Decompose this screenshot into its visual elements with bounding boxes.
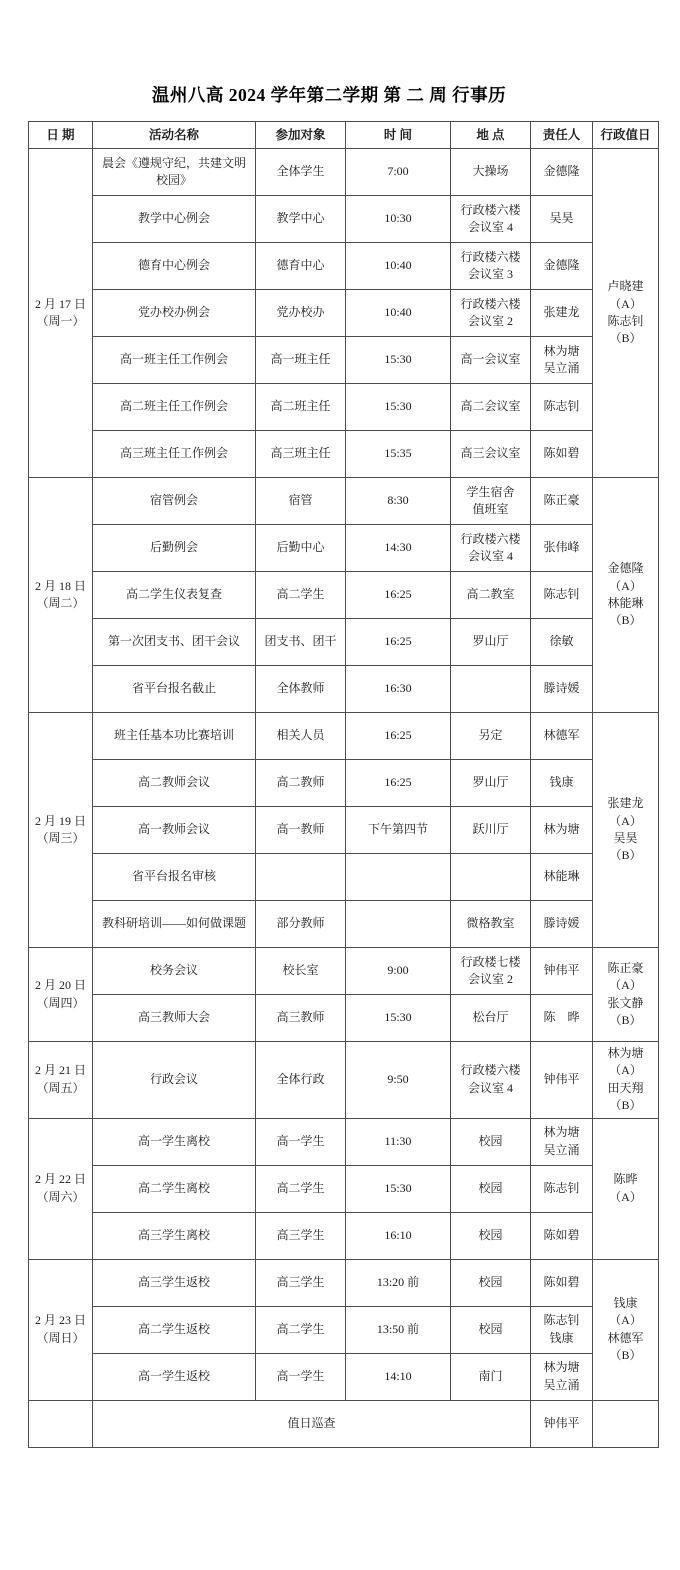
cell-time: 9:00 bbox=[346, 948, 451, 995]
cell-responsible: 陈志钊 bbox=[531, 384, 593, 431]
cell-time: 13:20 前 bbox=[346, 1259, 451, 1306]
header-activity: 活动名称 bbox=[93, 122, 256, 149]
cell-responsible: 张建龙 bbox=[531, 290, 593, 337]
header-row: 日 期 活动名称 参加对象 时 间 地 点 责任人 行政值日 bbox=[29, 122, 659, 149]
cell-participants: 校长室 bbox=[256, 948, 346, 995]
cell-location: 行政楼六楼 会议室 3 bbox=[451, 243, 531, 290]
cell-time: 16:10 bbox=[346, 1212, 451, 1259]
cell-participants bbox=[256, 854, 346, 901]
cell-time: 10:30 bbox=[346, 196, 451, 243]
cell-location: 行政楼六楼 会议室 4 bbox=[451, 1042, 531, 1119]
cell-activity: 值日巡查 bbox=[93, 1400, 531, 1447]
schedule-row: 教学中心例会教学中心10:30行政楼六楼 会议室 4吴昊 bbox=[29, 196, 659, 243]
cell-location: 学生宿舍 值班室 bbox=[451, 478, 531, 525]
cell-responsible: 陈如碧 bbox=[531, 1259, 593, 1306]
cell-location: 校园 bbox=[451, 1165, 531, 1212]
schedule-row: 2 月 19 日 （周三）班主任基本功比赛培训相关人员16:25另定林德军张建龙… bbox=[29, 713, 659, 760]
schedule-row: 高三教师大会高三教师15:30松台厅陈 晔 bbox=[29, 995, 659, 1042]
cell-activity: 高二班主任工作例会 bbox=[93, 384, 256, 431]
cell-date: 2 月 22 日 （周六） bbox=[29, 1118, 93, 1259]
cell-time: 14:10 bbox=[346, 1353, 451, 1400]
cell-location: 罗山厅 bbox=[451, 619, 531, 666]
cell-location bbox=[451, 854, 531, 901]
cell-responsible: 钟伟平 bbox=[531, 948, 593, 995]
cell-responsible: 林能琳 bbox=[531, 854, 593, 901]
cell-date: 2 月 19 日 （周三） bbox=[29, 713, 93, 948]
schedule-row: 2 月 18 日 （周二）宿管例会宿管8:30学生宿舍 值班室陈正豪金德隆 （A… bbox=[29, 478, 659, 525]
cell-participants: 高三学生 bbox=[256, 1212, 346, 1259]
cell-time: 10:40 bbox=[346, 243, 451, 290]
cell-responsible: 滕诗媛 bbox=[531, 666, 593, 713]
cell-time: 16:25 bbox=[346, 760, 451, 807]
cell-activity: 高一学生返校 bbox=[93, 1353, 256, 1400]
cell-participants: 全体教师 bbox=[256, 666, 346, 713]
cell-activity: 高二学生返校 bbox=[93, 1306, 256, 1353]
cell-responsible: 陈 晔 bbox=[531, 995, 593, 1042]
schedule-row: 高一学生返校高一学生14:10南门林为塘 吴立涌 bbox=[29, 1353, 659, 1400]
cell-activity: 教科研培训——如何做课题 bbox=[93, 901, 256, 948]
schedule-row: 高一教师会议高一教师下午第四节跃川厅林为塘 bbox=[29, 807, 659, 854]
schedule-row: 德育中心例会德育中心10:40行政楼六楼 会议室 3金德隆 bbox=[29, 243, 659, 290]
cell-date bbox=[29, 1400, 93, 1447]
cell-location: 行政楼六楼 会议室 2 bbox=[451, 290, 531, 337]
cell-location bbox=[451, 666, 531, 713]
cell-activity: 高一学生离校 bbox=[93, 1118, 256, 1165]
cell-time: 16:25 bbox=[346, 619, 451, 666]
cell-location: 校园 bbox=[451, 1118, 531, 1165]
cell-time: 15:30 bbox=[346, 337, 451, 384]
cell-responsible: 陈正豪 bbox=[531, 478, 593, 525]
cell-activity: 班主任基本功比赛培训 bbox=[93, 713, 256, 760]
cell-activity: 后勤例会 bbox=[93, 525, 256, 572]
cell-participants: 高二学生 bbox=[256, 1165, 346, 1212]
cell-participants: 高一学生 bbox=[256, 1118, 346, 1165]
cell-activity: 宿管例会 bbox=[93, 478, 256, 525]
cell-participants: 高二学生 bbox=[256, 572, 346, 619]
cell-location: 跃川厅 bbox=[451, 807, 531, 854]
cell-activity: 高二学生离校 bbox=[93, 1165, 256, 1212]
cell-time: 13:50 前 bbox=[346, 1306, 451, 1353]
cell-time bbox=[346, 854, 451, 901]
schedule-row: 教科研培训——如何做课题部分教师微格教室滕诗媛 bbox=[29, 901, 659, 948]
cell-location: 大操场 bbox=[451, 149, 531, 196]
header-time: 时 间 bbox=[346, 122, 451, 149]
cell-participants: 德育中心 bbox=[256, 243, 346, 290]
schedule-row: 高二班主任工作例会高二班主任15:30高二会议室陈志钊 bbox=[29, 384, 659, 431]
cell-participants: 党办校办 bbox=[256, 290, 346, 337]
cell-activity: 校务会议 bbox=[93, 948, 256, 995]
cell-time: 下午第四节 bbox=[346, 807, 451, 854]
cell-activity: 第一次团支书、团干会议 bbox=[93, 619, 256, 666]
cell-date: 2 月 23 日 （周日） bbox=[29, 1259, 93, 1400]
cell-duty: 林为塘 （A） 田天翔 （B） bbox=[593, 1042, 659, 1119]
cell-location: 校园 bbox=[451, 1259, 531, 1306]
cell-time: 15:30 bbox=[346, 384, 451, 431]
schedule-row: 高二教师会议高二教师16:25罗山厅钱康 bbox=[29, 760, 659, 807]
cell-responsible: 林德军 bbox=[531, 713, 593, 760]
cell-responsible: 钱康 bbox=[531, 760, 593, 807]
cell-participants: 高二学生 bbox=[256, 1306, 346, 1353]
cell-time: 15:30 bbox=[346, 1165, 451, 1212]
cell-participants: 高三教师 bbox=[256, 995, 346, 1042]
cell-responsible: 滕诗媛 bbox=[531, 901, 593, 948]
header-duty: 行政值日 bbox=[593, 122, 659, 149]
cell-responsible: 陈志钊 钱康 bbox=[531, 1306, 593, 1353]
cell-responsible: 陈如碧 bbox=[531, 431, 593, 478]
schedule-table-body: 2 月 17 日 （周一）晨会《遵规守纪，共建文明校园》全体学生7:00大操场金… bbox=[29, 149, 659, 1448]
cell-responsible: 陈志钊 bbox=[531, 1165, 593, 1212]
cell-duty: 陈晔 （A） bbox=[593, 1118, 659, 1259]
cell-time: 15:30 bbox=[346, 995, 451, 1042]
cell-responsible: 林为塘 吴立涌 bbox=[531, 1353, 593, 1400]
cell-responsible: 徐敏 bbox=[531, 619, 593, 666]
cell-location: 行政楼六楼 会议室 4 bbox=[451, 525, 531, 572]
cell-time: 9:50 bbox=[346, 1042, 451, 1119]
cell-participants: 部分教师 bbox=[256, 901, 346, 948]
schedule-row: 2 月 21 日 （周五）行政会议全体行政9:50行政楼六楼 会议室 4钟伟平林… bbox=[29, 1042, 659, 1119]
cell-duty: 钱康 （A） 林德军 （B） bbox=[593, 1259, 659, 1400]
header-date: 日 期 bbox=[29, 122, 93, 149]
cell-time: 16:25 bbox=[346, 713, 451, 760]
schedule-row: 第一次团支书、团干会议团支书、团干16:25罗山厅徐敏 bbox=[29, 619, 659, 666]
cell-duty bbox=[593, 1400, 659, 1447]
cell-time: 11:30 bbox=[346, 1118, 451, 1165]
cell-participants: 高三学生 bbox=[256, 1259, 346, 1306]
weekly-schedule-table: 日 期 活动名称 参加对象 时 间 地 点 责任人 行政值日 2 月 17 日 … bbox=[28, 121, 659, 1448]
cell-duty: 卢晓建 （A） 陈志钊 （B） bbox=[593, 149, 659, 478]
schedule-row: 高三班主任工作例会高三班主任15:35高三会议室陈如碧 bbox=[29, 431, 659, 478]
cell-participants: 团支书、团干 bbox=[256, 619, 346, 666]
cell-participants: 宿管 bbox=[256, 478, 346, 525]
schedule-row: 高三学生离校高三学生16:10校园陈如碧 bbox=[29, 1212, 659, 1259]
cell-activity: 高二学生仪表复查 bbox=[93, 572, 256, 619]
schedule-row: 省平台报名审核林能琳 bbox=[29, 854, 659, 901]
schedule-row: 党办校办例会党办校办10:40行政楼六楼 会议室 2张建龙 bbox=[29, 290, 659, 337]
cell-activity: 高三学生返校 bbox=[93, 1259, 256, 1306]
cell-activity: 高三教师大会 bbox=[93, 995, 256, 1042]
schedule-row: 省平台报名截止全体教师16:30滕诗媛 bbox=[29, 666, 659, 713]
cell-activity: 高二教师会议 bbox=[93, 760, 256, 807]
cell-participants: 教学中心 bbox=[256, 196, 346, 243]
cell-location: 高一会议室 bbox=[451, 337, 531, 384]
cell-activity: 省平台报名截止 bbox=[93, 666, 256, 713]
cell-time: 8:30 bbox=[346, 478, 451, 525]
schedule-row: 2 月 22 日 （周六）高一学生离校高一学生11:30校园林为塘 吴立涌陈晔 … bbox=[29, 1118, 659, 1165]
cell-location: 松台厅 bbox=[451, 995, 531, 1042]
header-location: 地 点 bbox=[451, 122, 531, 149]
cell-activity: 高三学生离校 bbox=[93, 1212, 256, 1259]
cell-location: 微格教室 bbox=[451, 901, 531, 948]
cell-location: 罗山厅 bbox=[451, 760, 531, 807]
cell-participants: 高二教师 bbox=[256, 760, 346, 807]
cell-activity: 高一教师会议 bbox=[93, 807, 256, 854]
cell-responsible: 林为塘 吴立涌 bbox=[531, 1118, 593, 1165]
cell-activity: 晨会《遵规守纪，共建文明校园》 bbox=[93, 149, 256, 196]
cell-time: 16:25 bbox=[346, 572, 451, 619]
cell-responsible: 金德隆 bbox=[531, 243, 593, 290]
cell-activity: 高三班主任工作例会 bbox=[93, 431, 256, 478]
cell-time: 16:30 bbox=[346, 666, 451, 713]
cell-activity: 党办校办例会 bbox=[93, 290, 256, 337]
cell-time: 14:30 bbox=[346, 525, 451, 572]
schedule-row: 高二学生返校高二学生13:50 前校园陈志钊 钱康 bbox=[29, 1306, 659, 1353]
cell-location: 行政楼六楼 会议室 4 bbox=[451, 196, 531, 243]
page-title: 温州八高 2024 学年第二学期 第 二 周 行事历 bbox=[0, 0, 658, 121]
cell-time: 15:35 bbox=[346, 431, 451, 478]
cell-responsible: 林为塘 bbox=[531, 807, 593, 854]
schedule-row: 2 月 23 日 （周日）高三学生返校高三学生13:20 前校园陈如碧钱康 （A… bbox=[29, 1259, 659, 1306]
cell-responsible: 金德隆 bbox=[531, 149, 593, 196]
cell-date: 2 月 18 日 （周二） bbox=[29, 478, 93, 713]
cell-participants: 全体行政 bbox=[256, 1042, 346, 1119]
cell-activity: 高一班主任工作例会 bbox=[93, 337, 256, 384]
cell-participants: 高三班主任 bbox=[256, 431, 346, 478]
cell-participants: 高一教师 bbox=[256, 807, 346, 854]
schedule-row: 高一班主任工作例会高一班主任15:30高一会议室林为塘 吴立涌 bbox=[29, 337, 659, 384]
cell-location: 校园 bbox=[451, 1306, 531, 1353]
cell-participants: 高二班主任 bbox=[256, 384, 346, 431]
cell-location: 行政楼七楼 会议室 2 bbox=[451, 948, 531, 995]
cell-time: 7:00 bbox=[346, 149, 451, 196]
cell-participants: 后勤中心 bbox=[256, 525, 346, 572]
cell-responsible: 钟伟平 bbox=[531, 1400, 593, 1447]
cell-activity: 行政会议 bbox=[93, 1042, 256, 1119]
cell-date: 2 月 17 日 （周一） bbox=[29, 149, 93, 478]
cell-responsible: 陈志钊 bbox=[531, 572, 593, 619]
cell-duty: 金德隆 （A） 林能琳 （B） bbox=[593, 478, 659, 713]
cell-duty: 陈正豪 （A） 张文静 （B） bbox=[593, 948, 659, 1042]
header-responsible: 责任人 bbox=[531, 122, 593, 149]
cell-location: 南门 bbox=[451, 1353, 531, 1400]
cell-location: 另定 bbox=[451, 713, 531, 760]
cell-participants: 高一学生 bbox=[256, 1353, 346, 1400]
cell-location: 校园 bbox=[451, 1212, 531, 1259]
cell-responsible: 陈如碧 bbox=[531, 1212, 593, 1259]
cell-activity: 教学中心例会 bbox=[93, 196, 256, 243]
cell-location: 高二会议室 bbox=[451, 384, 531, 431]
schedule-row: 后勤例会后勤中心14:30行政楼六楼 会议室 4张伟峰 bbox=[29, 525, 659, 572]
cell-time bbox=[346, 901, 451, 948]
cell-duty: 张建龙 （A） 吴昊 （B） bbox=[593, 713, 659, 948]
cell-activity: 省平台报名审核 bbox=[93, 854, 256, 901]
schedule-row: 高二学生离校高二学生15:30校园陈志钊 bbox=[29, 1165, 659, 1212]
document-page: 温州八高 2024 学年第二学期 第 二 周 行事历 日 期 活动名称 参加对象… bbox=[0, 0, 680, 1570]
cell-location: 高三会议室 bbox=[451, 431, 531, 478]
cell-participants: 高一班主任 bbox=[256, 337, 346, 384]
schedule-row: 高二学生仪表复查高二学生16:25高二教室陈志钊 bbox=[29, 572, 659, 619]
cell-location: 高二教室 bbox=[451, 572, 531, 619]
cell-date: 2 月 20 日 （周四） bbox=[29, 948, 93, 1042]
cell-time: 10:40 bbox=[346, 290, 451, 337]
footer-row: 值日巡查钟伟平 bbox=[29, 1400, 659, 1447]
header-participants: 参加对象 bbox=[256, 122, 346, 149]
schedule-row: 2 月 17 日 （周一）晨会《遵规守纪，共建文明校园》全体学生7:00大操场金… bbox=[29, 149, 659, 196]
cell-participants: 相关人员 bbox=[256, 713, 346, 760]
schedule-row: 2 月 20 日 （周四）校务会议校长室9:00行政楼七楼 会议室 2钟伟平陈正… bbox=[29, 948, 659, 995]
cell-participants: 全体学生 bbox=[256, 149, 346, 196]
cell-responsible: 林为塘 吴立涌 bbox=[531, 337, 593, 384]
cell-date: 2 月 21 日 （周五） bbox=[29, 1042, 93, 1119]
cell-responsible: 张伟峰 bbox=[531, 525, 593, 572]
cell-responsible: 钟伟平 bbox=[531, 1042, 593, 1119]
cell-responsible: 吴昊 bbox=[531, 196, 593, 243]
cell-activity: 德育中心例会 bbox=[93, 243, 256, 290]
